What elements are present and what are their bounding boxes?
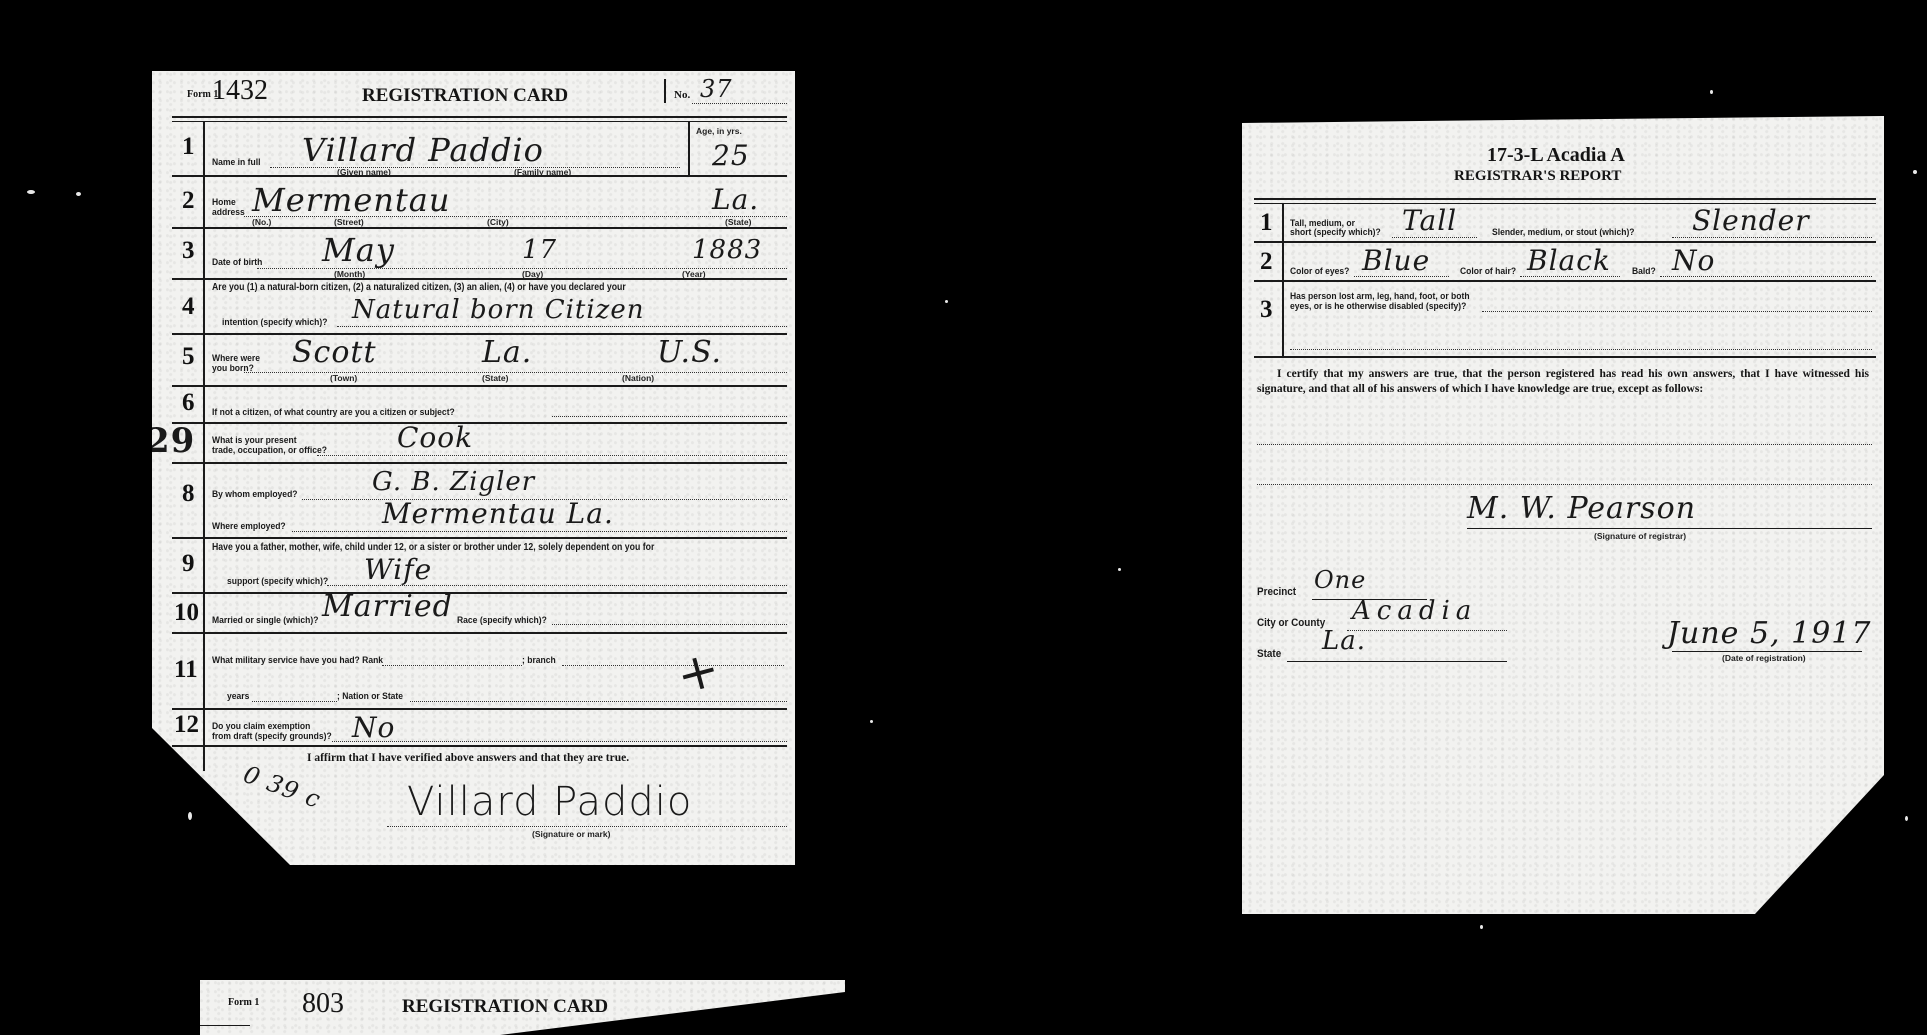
divider xyxy=(172,592,787,594)
field-label: short (specify which)? xyxy=(1290,227,1381,238)
caption: (City) xyxy=(487,217,509,227)
margin-note: 0 39 c xyxy=(240,760,325,814)
answer-line xyxy=(1392,237,1477,238)
divider xyxy=(203,121,205,771)
row-number: 11 xyxy=(174,656,198,684)
field-value-birth-state[interactable]: La. xyxy=(482,335,532,370)
field-label-nation: ; Nation or State xyxy=(337,691,403,702)
field-value-age[interactable]: 25 xyxy=(712,139,750,172)
field-value-build[interactable]: Slender xyxy=(1692,204,1810,237)
field-value-eye-color[interactable]: Blue xyxy=(1362,244,1430,277)
field-label: Slender, medium, or stout (which)? xyxy=(1492,227,1635,238)
field-value-month[interactable]: May xyxy=(322,231,395,269)
field-value-birth-town[interactable]: Scott xyxy=(292,335,377,370)
next-registration-card: Form 1 803 REGISTRATION CARD xyxy=(200,980,845,1035)
row-number: 9 xyxy=(182,550,195,578)
form-number: 803 xyxy=(302,988,344,1020)
field-value-citizenship[interactable]: Natural born Citizen xyxy=(352,295,645,325)
dust-speck xyxy=(27,190,35,194)
divider xyxy=(688,121,690,175)
card-no-label: No. xyxy=(674,89,690,101)
answer-line xyxy=(252,701,337,702)
dust-speck xyxy=(76,192,81,196)
registrar-signature: M. W. Pearson xyxy=(1467,491,1696,526)
field-label: Are you (1) a natural-born citizen, (2) … xyxy=(212,282,626,293)
field-label-branch: ; branch xyxy=(522,655,556,666)
dust-speck xyxy=(1710,90,1713,94)
divider xyxy=(1254,241,1876,243)
caption: (Town) xyxy=(330,373,357,383)
field-value-marital[interactable]: Married xyxy=(322,589,453,624)
caption: (Year) xyxy=(682,269,706,279)
answer-line xyxy=(410,701,787,702)
row-number: 1 xyxy=(1260,209,1273,237)
dust-speck xyxy=(1913,170,1917,174)
county-value[interactable]: Acadia xyxy=(1352,596,1477,626)
field-value-exemption[interactable]: No xyxy=(352,711,395,744)
dust-speck xyxy=(1905,816,1908,821)
applicant-signature: Villard Paddio xyxy=(407,779,692,825)
field-label-race: Race (specify which)? xyxy=(457,615,547,626)
county-label: City or County xyxy=(1257,618,1325,629)
field-label-years: years xyxy=(227,691,249,702)
field-label: intention (specify which)? xyxy=(222,317,327,328)
certification-text: I certify that my answers are true, that… xyxy=(1257,367,1869,397)
field-value-height[interactable]: Tall xyxy=(1402,204,1457,237)
dust-speck xyxy=(1118,568,1121,571)
field-value-bald[interactable]: No xyxy=(1672,244,1715,277)
answer-line xyxy=(244,372,787,373)
divider xyxy=(172,116,787,118)
row-number: 2 xyxy=(182,187,195,215)
answer-line xyxy=(1482,311,1872,312)
divider xyxy=(664,79,666,103)
divider xyxy=(172,175,787,177)
caption: (Month) xyxy=(334,269,365,279)
row-number: 4 xyxy=(182,293,195,321)
divider xyxy=(172,462,787,464)
state-value[interactable]: La. xyxy=(1322,626,1366,656)
answer-line xyxy=(1290,349,1872,350)
acadia-stamp: 17-3-L Acadia A xyxy=(1487,144,1625,167)
field-label: Color of hair? xyxy=(1460,266,1516,277)
answer-line xyxy=(1672,651,1862,652)
field-value-year[interactable]: 1883 xyxy=(692,235,762,265)
field-label: support (specify which)? xyxy=(227,576,328,587)
report-title: REGISTRAR'S REPORT xyxy=(1454,168,1621,185)
field-label: Have you a father, mother, wife, child u… xyxy=(212,542,654,553)
divider xyxy=(200,1025,250,1026)
answer-line xyxy=(337,326,787,327)
answer-line xyxy=(552,416,787,417)
answer-line xyxy=(562,665,784,666)
divider xyxy=(1254,280,1876,282)
caption: (Signature of registrar) xyxy=(1594,531,1686,541)
signature-line xyxy=(387,826,787,827)
dust-speck xyxy=(188,812,192,820)
registration-date[interactable]: June 5, 1917 xyxy=(1667,616,1871,651)
divider xyxy=(172,121,787,122)
row-number: 6 xyxy=(182,389,195,417)
caption: (Day) xyxy=(522,269,543,279)
form-label: Form 1 xyxy=(228,997,259,1008)
precinct-value[interactable]: One xyxy=(1314,566,1366,594)
caption: (Family name) xyxy=(514,167,571,177)
dust-speck xyxy=(870,720,873,723)
divider xyxy=(172,422,787,424)
field-value-employer[interactable]: G. B. Zigler xyxy=(372,467,535,497)
answer-line xyxy=(1672,237,1872,238)
row-number: 8 xyxy=(182,480,195,508)
caption: (Signature or mark) xyxy=(532,829,610,839)
row-number: 2 xyxy=(1260,248,1273,276)
precinct-label: Precinct xyxy=(1257,587,1296,598)
field-label: eyes, or is he otherwise disabled (speci… xyxy=(1290,301,1466,312)
caption: (Street) xyxy=(334,217,364,227)
card-title: REGISTRATION CARD xyxy=(402,996,608,1018)
field-label: Date of birth xyxy=(212,257,262,268)
card-no-value: 37 xyxy=(700,75,733,103)
field-label: trade, occupation, or office? xyxy=(212,445,327,456)
field-value-employed-where[interactable]: Mermentau La. xyxy=(382,497,614,530)
age-label: Age, in yrs. xyxy=(696,126,742,136)
divider xyxy=(1254,198,1876,200)
military-mark: + xyxy=(670,638,726,705)
divider xyxy=(172,632,787,634)
field-value-birth-nation[interactable]: U.S. xyxy=(657,335,722,370)
field-label: address xyxy=(212,207,245,218)
dust-speck xyxy=(1480,925,1483,929)
field-value-dependent[interactable]: Wife xyxy=(364,553,432,586)
field-label: from draft (specify grounds)? xyxy=(212,731,332,742)
row-number: 1 xyxy=(182,133,195,161)
answer-line xyxy=(332,741,787,742)
answer-line xyxy=(1347,630,1507,631)
divider xyxy=(172,385,787,387)
state-label: State xyxy=(1257,649,1281,660)
field-value-state[interactable]: La. xyxy=(712,183,759,216)
row-number-overwritten: 29 xyxy=(146,421,195,461)
field-label: Where employed? xyxy=(212,521,286,532)
field-label: Bald? xyxy=(1632,266,1656,277)
field-value-occupation[interactable]: Cook xyxy=(397,421,473,454)
field-label: Married or single (which)? xyxy=(212,615,318,626)
caption: (No.) xyxy=(252,217,271,227)
answer-line xyxy=(382,665,522,666)
answer-line xyxy=(317,455,787,456)
row-number: 3 xyxy=(182,237,195,265)
divider xyxy=(172,708,787,710)
divider xyxy=(692,103,787,104)
registrars-report: 17-3-L Acadia A REGISTRAR'S REPORT 1 Tal… xyxy=(1242,116,1884,914)
divider xyxy=(172,227,787,229)
field-label: What military service have you had? Rank xyxy=(212,655,383,666)
divider xyxy=(172,537,787,539)
caption: (Nation) xyxy=(622,373,654,383)
caption: (State) xyxy=(725,217,751,227)
caption: (Date of registration) xyxy=(1722,653,1806,663)
divider xyxy=(1254,356,1876,358)
exception-line xyxy=(1257,444,1872,445)
answer-line xyxy=(552,624,787,625)
field-value-hair-color[interactable]: Black xyxy=(1527,244,1611,277)
field-label: By whom employed? xyxy=(212,489,298,500)
field-value-day[interactable]: 17 xyxy=(522,235,557,265)
answer-line xyxy=(1287,661,1507,662)
registration-card: Form 1 1432 REGISTRATION CARD No. 37 1 N… xyxy=(152,71,795,865)
row-number: 10 xyxy=(174,599,199,627)
row-number: 3 xyxy=(1260,296,1273,324)
card-title: REGISTRATION CARD xyxy=(362,85,568,107)
field-label: Color of eyes? xyxy=(1290,266,1349,277)
affirmation-text: I affirm that I have verified above answ… xyxy=(307,752,629,764)
exception-line xyxy=(1257,484,1872,485)
field-label: If not a citizen, of what country are yo… xyxy=(212,407,455,418)
caption: (Given name) xyxy=(337,167,391,177)
caption: (State) xyxy=(482,373,508,383)
field-value-city[interactable]: Mermentau xyxy=(252,181,450,219)
answer-line xyxy=(292,531,787,532)
row-number: 12 xyxy=(174,711,199,739)
field-label: Name in full xyxy=(212,157,260,168)
divider xyxy=(172,745,787,747)
form-number: 1432 xyxy=(212,75,268,107)
signature-line xyxy=(1467,528,1872,529)
dust-speck xyxy=(945,300,948,303)
field-value-name[interactable]: Villard Paddio xyxy=(302,131,544,169)
row-number: 5 xyxy=(182,343,195,371)
